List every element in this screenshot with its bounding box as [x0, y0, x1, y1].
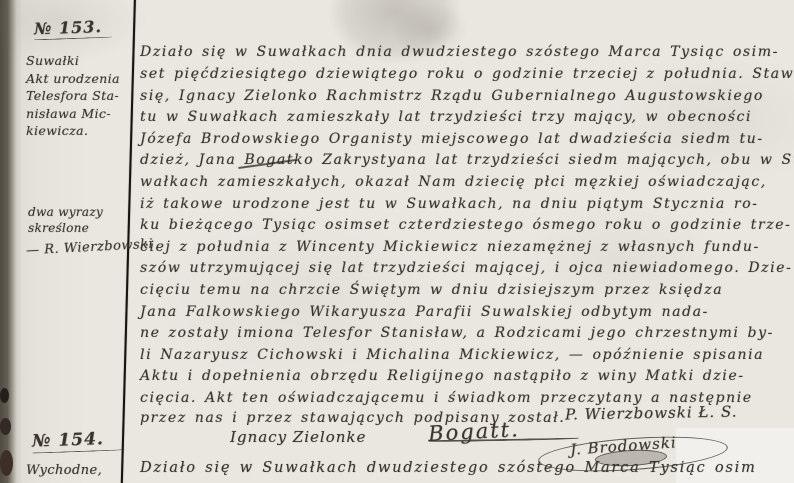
correction-note: dwa wyrazy skreślone [28, 204, 103, 236]
correction-signature: — R. Wierzbowski [26, 237, 154, 259]
registry-scan-page: № 153. Suwałki Akt urodzenia Telesfora S… [0, 0, 794, 483]
record-number-154-text: № 154. [32, 429, 104, 451]
spine-ink-blob [0, 418, 11, 435]
record-line: szów utrzymującej się lat trzydzieści ma… [140, 258, 792, 278]
spine-ink-blob [0, 450, 13, 476]
margin-column: № 153. Suwałki Akt urodzenia Telesfora S… [26, 0, 130, 483]
record-line: tu w Suwałkach zamieszkały lat trzydzieś… [140, 107, 752, 127]
record-line: Aktu i dopełnienia obrzędu Religijnego n… [140, 366, 745, 386]
record-line: się, Ignacy Zielonko Rachmistrz Rządu Gu… [140, 86, 764, 106]
record-line: Działo się w Suwałkach dnia dwudziestego… [140, 42, 779, 62]
record-number-153: № 153. [34, 17, 113, 41]
record-body: Działo się w Suwałkach dnia dwudziestego… [140, 0, 794, 483]
spine-ink-blob [0, 388, 9, 403]
record-number-154: № 154. [32, 428, 125, 453]
book-spine-shadow [0, 0, 22, 483]
margin-title-line: Telesfora Sta- [26, 87, 120, 105]
margin-title-line: kiewicza. [26, 122, 120, 140]
record-line: iż takowe urodzone jest tu w Suwałkach, … [140, 194, 759, 214]
record-line: li Nazaryusz Cichowski i Michalina Micki… [140, 345, 764, 365]
record-line: Jana Falkowskiego Wikaryusza Parafii Suw… [140, 302, 709, 322]
signature-zielonko: Ignacy Zielonke [230, 428, 366, 446]
record-line: Józefa Brodowskiego Organisty miejscoweg… [140, 129, 764, 149]
margin-title: Suwałki Akt urodzenia Telesfora Sta- nis… [26, 52, 120, 140]
record-line: ciej z południa z Wincenty Mickiewicz ni… [140, 237, 760, 257]
record-line: ne zostały imiona Telesfor Stanisław, a … [140, 323, 774, 343]
record-number-153-text: № 153. [34, 17, 103, 38]
correction-note-line: skreślone [28, 220, 103, 236]
record-line: set pięćdziesiątego dziewiątego roku o g… [140, 64, 794, 84]
margin-title-line: Suwałki [26, 52, 120, 70]
record-line: ku bieżącego Tysiąc osimset czterdzieste… [140, 215, 791, 235]
correction-note-line: dwa wyrazy [28, 204, 103, 220]
margin-title-line: nisława Mic- [26, 105, 120, 123]
record-line: cięciu temu na chrzcie Świętym w dniu dz… [140, 280, 723, 300]
record-line: wałkach zamieszkałych, okazał Nam dzieci… [140, 172, 767, 192]
margin-title-line: Akt urodzenia [26, 70, 120, 88]
margin-title-154: Wychodne, [26, 462, 102, 480]
signature-wierzbowski: P. Wierzbowski Ł. S. [565, 402, 738, 423]
